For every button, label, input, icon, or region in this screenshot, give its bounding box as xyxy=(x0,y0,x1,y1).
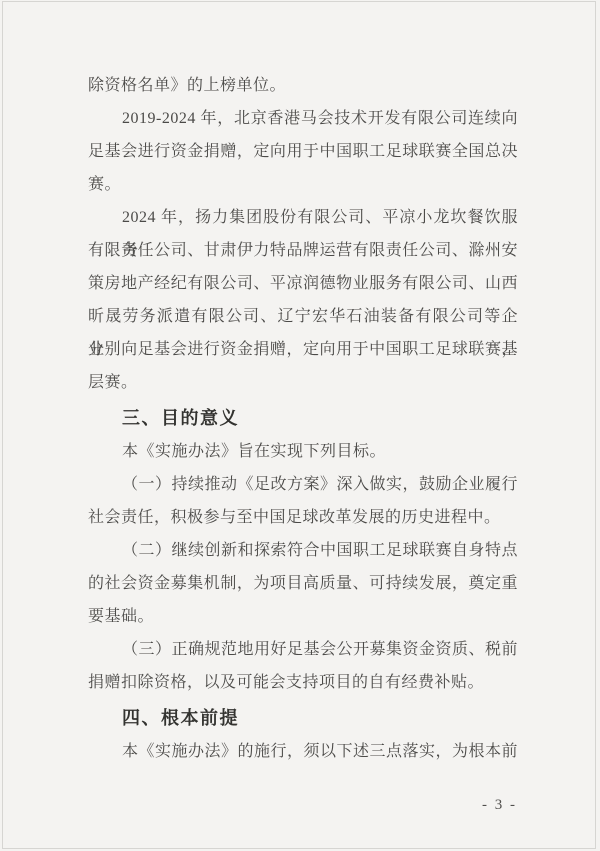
section-heading: 四、根本前提 xyxy=(88,702,518,735)
text-line: 策房地产经纪有限公司、平凉润德物业服务有限公司、山西 xyxy=(88,267,518,300)
text-line: 有限责任公司、甘肃伊力特品牌运营有限责任公司、滁州安 xyxy=(88,234,518,267)
section-heading: 三、目的意义 xyxy=(88,402,518,435)
text-line: 昕晟劳务派遣有限公司、辽宁宏华石油装备有限公司等企业， xyxy=(88,300,518,333)
text-line: 捐赠扣除资格，以及可能会支持项目的自有经费补贴。 xyxy=(88,666,518,699)
text-line: 2019-2024 年，北京香港马会技术开发有限公司连续向 xyxy=(88,102,518,135)
text-line: 分别向足基会进行资金捐赠，定向用于中国职工足球联赛基 xyxy=(88,333,518,366)
scanned-document-page: { "page": { "background_color": "#f4f3f1… xyxy=(0,0,600,851)
text-line: （一）持续推动《足改方案》深入做实，鼓励企业履行 xyxy=(88,468,518,501)
text-line: 本《实施办法》旨在实现下列目标。 xyxy=(88,435,518,468)
text-line: 层赛。 xyxy=(88,366,518,399)
text-line: 足基会进行资金捐赠，定向用于中国职工足球联赛全国总决 xyxy=(88,135,518,168)
text-line: 除资格名单》的上榜单位。 xyxy=(88,69,518,102)
text-line: 2024 年，扬力集团股份有限公司、平凉小龙坎餐饮服务 xyxy=(88,201,518,234)
text-line: 赛。 xyxy=(88,168,518,201)
text-line: （二）继续创新和探索符合中国职工足球联赛自身特点 xyxy=(88,534,518,567)
text-line: （三）正确规范地用好足基会公开募集资金资质、税前 xyxy=(88,633,518,666)
text-line: 社会责任，积极参与至中国足球改革发展的历史进程中。 xyxy=(88,501,518,534)
text-line: 本《实施办法》的施行，须以下述三点落实，为根本前 xyxy=(88,735,518,768)
document-body: 除资格名单》的上榜单位。2019-2024 年，北京香港马会技术开发有限公司连续… xyxy=(88,69,518,768)
text-line: 的社会资金募集机制，为项目高质量、可持续发展，奠定重 xyxy=(88,567,518,600)
page-number: - 3 - xyxy=(482,797,517,814)
text-line: 要基础。 xyxy=(88,600,518,633)
